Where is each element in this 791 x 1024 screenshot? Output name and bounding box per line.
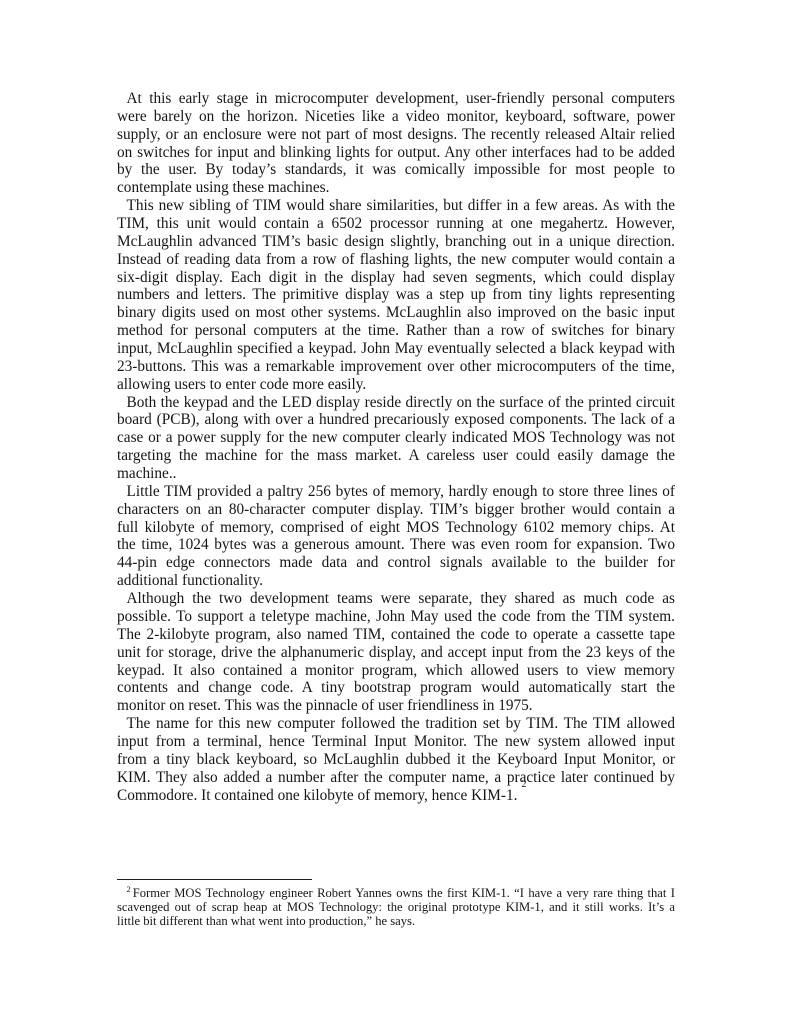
text-line: input, McLaughlin specified a keypad. Jo… bbox=[117, 340, 675, 358]
text-line: This new sibling of TIM would share simi… bbox=[117, 197, 675, 215]
text-line: unit for storage, drive the alphanumeric… bbox=[117, 644, 675, 662]
footnote-line: 2Former MOS Technology engineer Robert Y… bbox=[117, 886, 675, 900]
text-line: The 2-kilobyte program, also named TIM, … bbox=[117, 626, 675, 644]
text-line: additional functionality. bbox=[117, 572, 675, 590]
text-line: by the user. By today’s standards, it wa… bbox=[117, 161, 675, 179]
text-line: At this early stage in microcomputer dev… bbox=[117, 90, 675, 108]
footnote-marker: 2 bbox=[127, 884, 131, 894]
text-line: 23-buttons. This was a remarkable improv… bbox=[117, 358, 675, 376]
text-line: McLaughlin advanced TIM’s basic design s… bbox=[117, 233, 675, 251]
footnote-reference[interactable]: 2 bbox=[521, 779, 526, 790]
paragraph-6: The name for this new computer followed … bbox=[117, 715, 675, 804]
text-line: input from a terminal, hence Terminal In… bbox=[117, 733, 675, 751]
text-line: case or a power supply for the new compu… bbox=[117, 429, 675, 447]
text-line: contemplate using these machines. bbox=[117, 179, 675, 197]
text-line: binary digits used on most other systems… bbox=[117, 304, 675, 322]
footnote-line: little bit different than what went into… bbox=[117, 914, 675, 928]
text-line-content: Commodore. It contained one kilobyte of … bbox=[117, 787, 517, 804]
text-line: were barely on the horizon. Niceties lik… bbox=[117, 108, 675, 126]
text-line: Both the keypad and the LED display resi… bbox=[117, 394, 675, 412]
document-page: At this early stage in microcomputer dev… bbox=[0, 0, 791, 1024]
text-line: characters on an 80-character computer d… bbox=[117, 501, 675, 519]
text-line: keypad. It also contained a monitor prog… bbox=[117, 662, 675, 680]
text-line: 44-pin edge connectors made data and con… bbox=[117, 554, 675, 572]
text-line: possible. To support a teletype machine,… bbox=[117, 608, 675, 626]
text-line: allowing users to enter code more easily… bbox=[117, 376, 675, 394]
text-line: TIM, this unit would contain a 6502 proc… bbox=[117, 215, 675, 233]
text-line: contents and change code. A tiny bootstr… bbox=[117, 679, 675, 697]
body-text: At this early stage in microcomputer dev… bbox=[117, 90, 675, 804]
text-line: method for personal computers at the tim… bbox=[117, 322, 675, 340]
text-line: the time, 1024 bytes was a generous amou… bbox=[117, 536, 675, 554]
text-line: numbers and letters. The primitive displ… bbox=[117, 286, 675, 304]
text-line: Although the two development teams were … bbox=[117, 590, 675, 608]
paragraph-5: Although the two development teams were … bbox=[117, 590, 675, 715]
text-line: full kilobyte of memory, comprised of ei… bbox=[117, 519, 675, 537]
text-line: from a tiny black keyboard, so McLaughli… bbox=[117, 751, 675, 769]
paragraph-3: Both the keypad and the LED display resi… bbox=[117, 394, 675, 483]
text-line: targeting the machine for the mass marke… bbox=[117, 447, 675, 465]
footnote-separator bbox=[117, 879, 312, 880]
text-line: Commodore. It contained one kilobyte of … bbox=[117, 787, 675, 805]
paragraph-1: At this early stage in microcomputer dev… bbox=[117, 90, 675, 197]
text-line: machine.. bbox=[117, 465, 675, 483]
footnote: 2Former MOS Technology engineer Robert Y… bbox=[117, 886, 675, 929]
text-line: KIM. They also added a number after the … bbox=[117, 769, 675, 787]
text-line: six-digit display. Each digit in the dis… bbox=[117, 269, 675, 287]
text-line: monitor on reset. This was the pinnacle … bbox=[117, 697, 675, 715]
text-line: on switches for input and blinking light… bbox=[117, 144, 675, 162]
text-line: board (PCB), along with over a hundred p… bbox=[117, 411, 675, 429]
footnote-line: scavenged out of scrap heap at MOS Techn… bbox=[117, 900, 675, 914]
text-line: Little TIM provided a paltry 256 bytes o… bbox=[117, 483, 675, 501]
text-line: Instead of reading data from a row of fl… bbox=[117, 251, 675, 269]
paragraph-4: Little TIM provided a paltry 256 bytes o… bbox=[117, 483, 675, 590]
footnote-line-content: Former MOS Technology engineer Robert Ya… bbox=[133, 886, 675, 900]
paragraph-2: This new sibling of TIM would share simi… bbox=[117, 197, 675, 393]
text-line: supply, or an enclosure were not part of… bbox=[117, 126, 675, 144]
text-line: The name for this new computer followed … bbox=[117, 715, 675, 733]
